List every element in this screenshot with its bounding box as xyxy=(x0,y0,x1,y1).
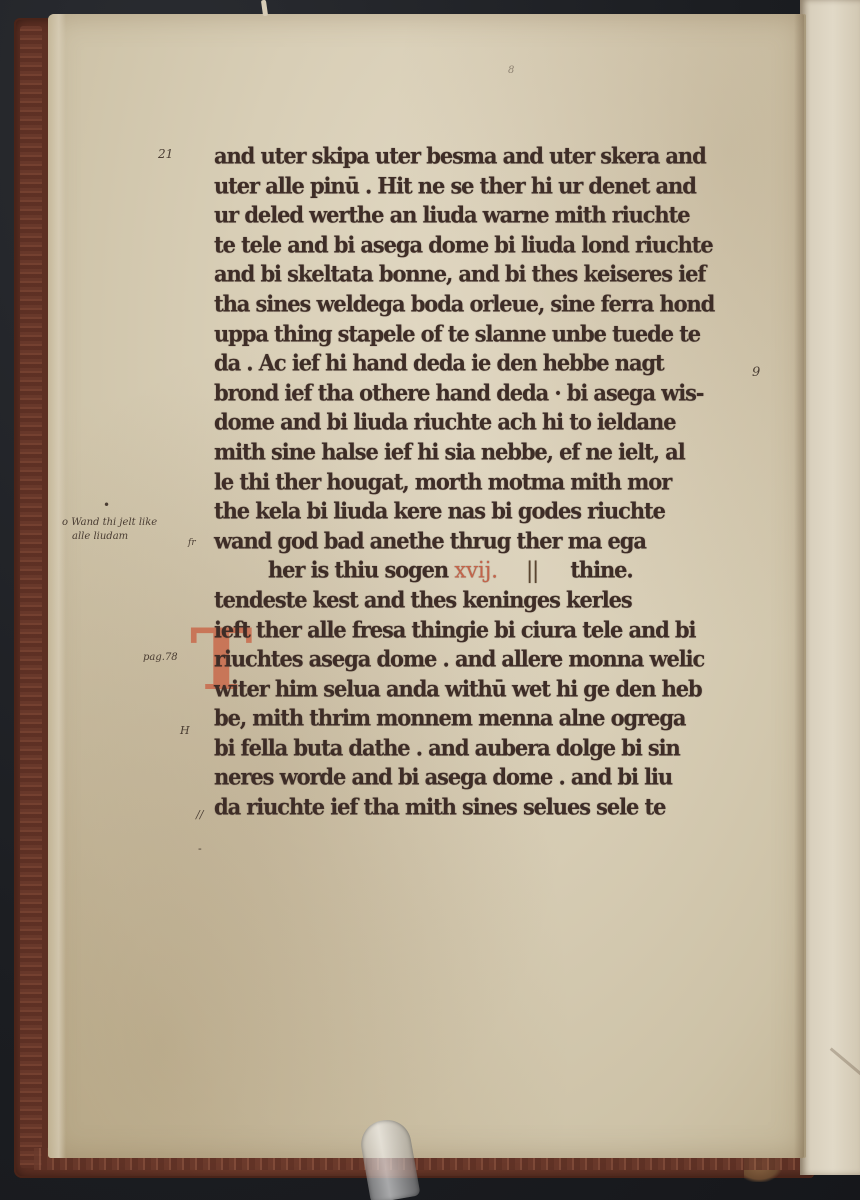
text-line-23: da riuchte ief tha mith sines selues sel… xyxy=(214,791,754,823)
margin-note-line1: o Wand thi jelt like xyxy=(62,516,157,529)
text-line-6: tha sines weldega boda orleue, sine ferr… xyxy=(214,288,754,320)
margin-double-slash: // xyxy=(196,808,203,821)
text-line-10: dome and bi liuda riuchte ach hi to ield… xyxy=(214,406,754,438)
top-pencil-mark: 8 xyxy=(508,64,514,77)
text-line-18: riuchtes asega dome . and allere monna w… xyxy=(214,643,754,675)
manuscript-text-block: and uter skipa uter besma and uter skera… xyxy=(214,141,754,822)
text-line-11: mith sine halse ief hi sia nebbe, ef ne … xyxy=(214,436,754,468)
facing-page-edge xyxy=(800,0,860,1175)
text-line-21: bi fella buta dathe . and aubera dolge b… xyxy=(214,732,754,764)
text-line-17: ieft ther alle fresa thingie bi ciura te… xyxy=(214,613,754,645)
text-line-19: witer him selua anda withū wet hi ge den… xyxy=(214,673,754,705)
rubric-heading-line: her is thiu sogen xvij. || thine. xyxy=(214,554,754,586)
text-line-5: and bi skeltata bonne, and bi thes keise… xyxy=(214,258,754,290)
text-line-1: and uter skipa uter besma and uter skera… xyxy=(214,140,754,172)
margin-dash: - xyxy=(198,842,202,855)
rubric-numeral: xvij. xyxy=(454,557,498,583)
text-line-22: neres worde and bi asega dome . and bi l… xyxy=(214,761,754,793)
rubric-text-before: her is thiu sogen xyxy=(268,556,448,583)
page-left-edge xyxy=(48,14,66,1158)
text-line-8: da . Ac ief hi hand deda ie den hebbe na… xyxy=(214,347,754,379)
margin-mark-fr: fr xyxy=(188,537,196,550)
rubric-separator: || xyxy=(526,557,538,583)
text-line-12: le thi ther hougat, morth motma mith mor xyxy=(214,465,754,497)
text-line-2: uter alle pinū . Hit ne se ther hi ur de… xyxy=(214,169,754,201)
margin-letter-h: H xyxy=(180,724,190,737)
margin-dot: • xyxy=(103,499,110,512)
text-line-14: wand god bad anethe thrug ther ma ega xyxy=(214,525,754,557)
text-line-9: brond ief tha othere hand deda · bi aseg… xyxy=(214,377,754,409)
text-line-4: te tele and bi asega dome bi liuda lond … xyxy=(214,229,754,261)
margin-page-reference: pag.78 xyxy=(143,651,178,664)
page-gutter-shadow xyxy=(794,14,804,1158)
text-line-20: be, mith thrim monnem menna alne ogrega xyxy=(214,702,754,734)
margin-number-21: 21 xyxy=(158,148,173,161)
text-line-3: ur deled werthe an liuda warne mith riuc… xyxy=(214,199,754,231)
text-line-7: uppa thing stapele of te slanne unbe tue… xyxy=(214,317,754,349)
rubric-text-after: thine. xyxy=(570,556,632,583)
margin-note-line2: alle liudam xyxy=(72,530,128,543)
text-line-16: tendeste kest and thes keninges kerles xyxy=(214,584,754,616)
text-line-13: the kela bi liuda kere nas bi godes riuc… xyxy=(214,495,754,527)
